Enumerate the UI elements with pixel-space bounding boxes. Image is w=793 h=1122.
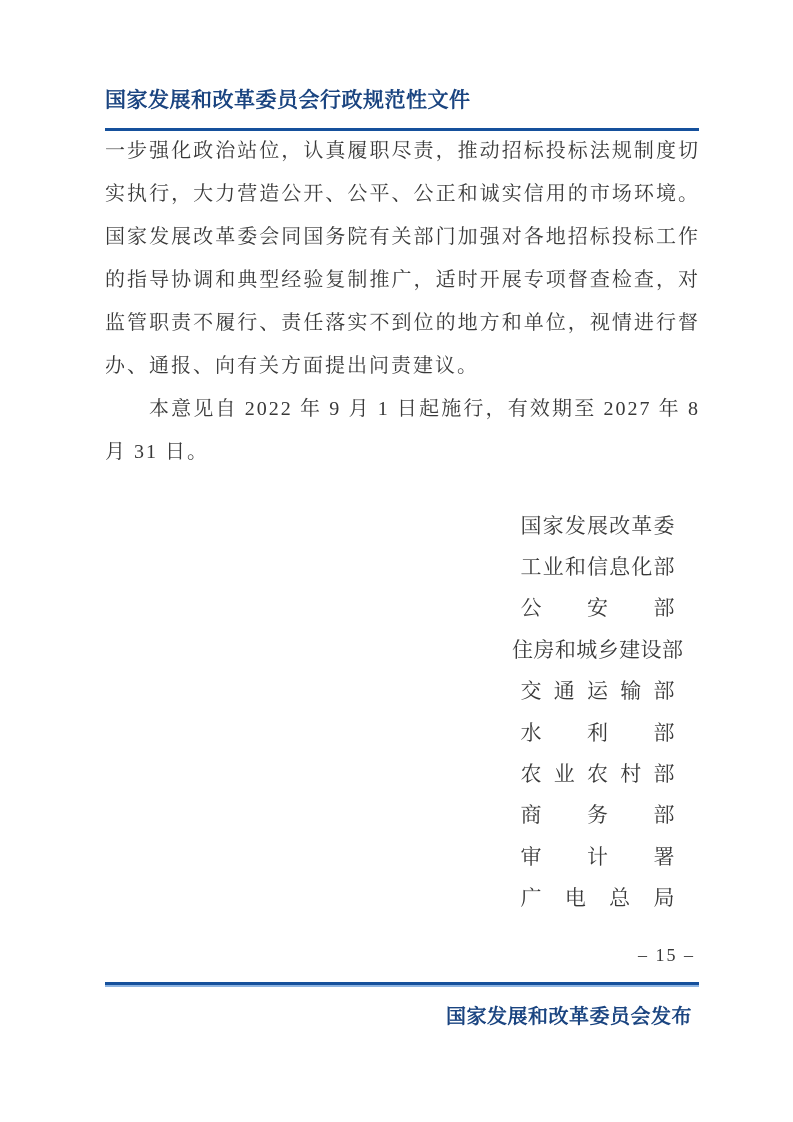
- signature-item: 农业农村部: [521, 752, 675, 793]
- signature-item: 商务部: [521, 794, 675, 835]
- document-body: 一步强化政治站位，认真履职尽责，推动招标投标法规制度切实执行，大力营造公开、公平…: [105, 130, 700, 474]
- signature-item: 广电总局: [521, 877, 675, 918]
- signature-item: 交通运输部: [521, 670, 675, 711]
- signature-item: 工业和信息化部: [521, 545, 675, 586]
- body-paragraph-effective-dates: 本意见自 2022 年 9 月 1 日起施行，有效期至 2027 年 8 月 3…: [105, 388, 700, 474]
- document-page: 国家发展和改革委员会行政规范性文件 一步强化政治站位，认真履职尽责，推动招标投标…: [0, 0, 793, 1122]
- signature-list: 国家发展改革委工业和信息化部公安部住房和城乡建设部交通运输部水利部农业农村部商务…: [512, 504, 683, 918]
- signature-item: 国家发展改革委: [521, 504, 675, 545]
- signature-item: 审计署: [521, 835, 675, 876]
- footer-rule: [105, 982, 699, 987]
- document-header-title: 国家发展和改革委员会行政规范性文件: [105, 84, 471, 114]
- body-paragraph: 一步强化政治站位，认真履职尽责，推动招标投标法规制度切实执行，大力营造公开、公平…: [105, 130, 700, 388]
- signature-item: 住房和城乡建设部: [512, 628, 683, 669]
- page-number: – 15 –: [638, 945, 695, 966]
- signature-item: 公安部: [521, 587, 675, 628]
- footer-publisher: 国家发展和改革委员会发布: [446, 1000, 692, 1029]
- signature-item: 水利部: [521, 711, 675, 752]
